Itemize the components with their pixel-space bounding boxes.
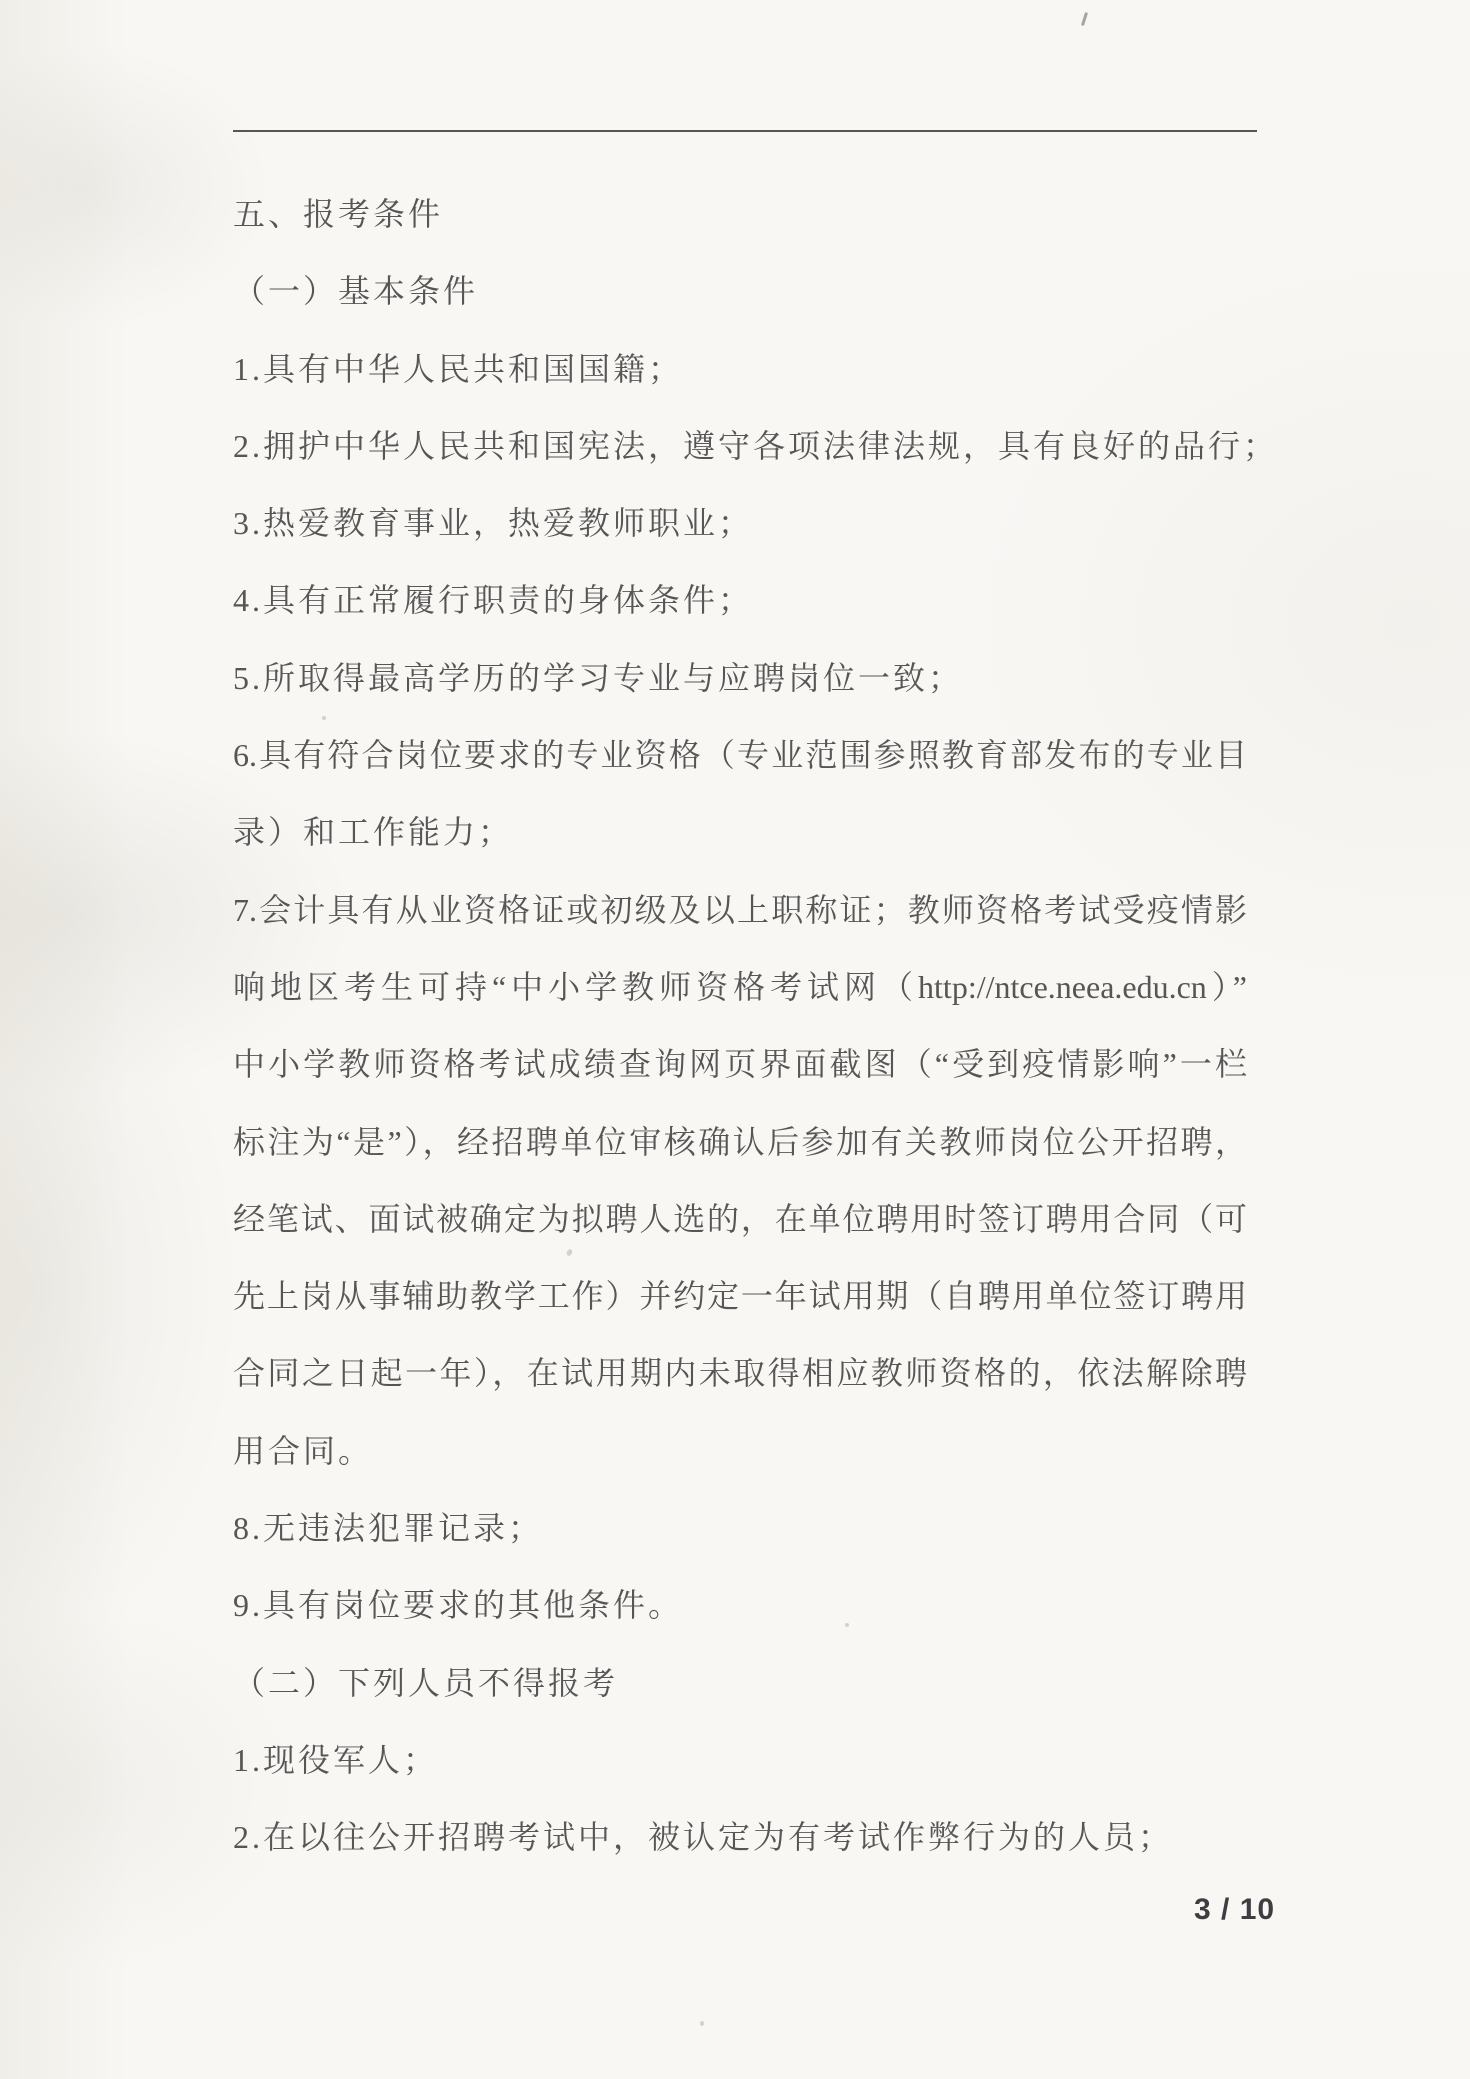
basic-condition-6-line-1: 6.具有符合岗位要求的专业资格（专业范围参照教育部发布的专业目 [233, 717, 1247, 794]
basic-condition-7-line-5: 经笔试、面试被确定为拟聘人选的，在单位聘用时签订聘用合同（可 [233, 1181, 1247, 1258]
basic-condition-3: 3.热爱教育事业，热爱教师职业； [233, 485, 1247, 562]
basic-condition-7-line-3: 中小学教师资格考试成绩查询网页界面截图（“受到疫情影响”一栏 [233, 1026, 1247, 1103]
heading-section-five: 五、报考条件 [233, 176, 1247, 253]
header-rule [233, 130, 1257, 132]
basic-condition-7-line-2: 响地区考生可持“中小学教师资格考试网（http://ntce.neea.edu.… [233, 949, 1247, 1026]
page-number: 3 / 10 [1194, 1893, 1275, 1927]
scanned-document-page: 五、报考条件 （一）基本条件 1.具有中华人民共和国国籍； 2.拥护中华人民共和… [0, 0, 1470, 2079]
heading-basic-conditions: （一）基本条件 [233, 253, 1247, 330]
basic-condition-8: 8.无违法犯罪记录； [233, 1490, 1247, 1567]
scan-artifact-tick [1081, 12, 1088, 26]
basic-condition-7-line-6: 先上岗从事辅助教学工作）并约定一年试用期（自聘用单位签订聘用 [233, 1258, 1247, 1335]
basic-condition-5: 5.所取得最高学历的学习专业与应聘岗位一致； [233, 640, 1247, 717]
basic-condition-2: 2.拥护中华人民共和国宪法，遵守各项法律法规，具有良好的品行； [233, 408, 1247, 485]
basic-condition-7-line-8: 用合同。 [233, 1413, 1247, 1490]
scan-speck [700, 2021, 704, 2026]
excluded-person-2: 2.在以往公开招聘考试中，被认定为有考试作弊行为的人员； [233, 1799, 1247, 1876]
heading-excluded-persons: （二）下列人员不得报考 [233, 1645, 1247, 1722]
basic-condition-1: 1.具有中华人民共和国国籍； [233, 331, 1247, 408]
basic-condition-7-line-7: 合同之日起一年），在试用期内未取得相应教师资格的，依法解除聘 [233, 1335, 1247, 1412]
excluded-person-1: 1.现役军人； [233, 1722, 1247, 1799]
basic-condition-7-line-4: 标注为“是”），经招聘单位审核确认后参加有关教师岗位公开招聘， [233, 1104, 1247, 1181]
basic-condition-9: 9.具有岗位要求的其他条件。 [233, 1567, 1247, 1644]
document-body: 五、报考条件 （一）基本条件 1.具有中华人民共和国国籍； 2.拥护中华人民共和… [233, 176, 1247, 1877]
basic-condition-4: 4.具有正常履行职责的身体条件； [233, 562, 1247, 639]
basic-condition-6-line-2: 录）和工作能力； [233, 794, 1247, 871]
basic-condition-7-line-1: 7.会计具有从业资格证或初级及以上职称证；教师资格考试受疫情影 [233, 872, 1247, 949]
